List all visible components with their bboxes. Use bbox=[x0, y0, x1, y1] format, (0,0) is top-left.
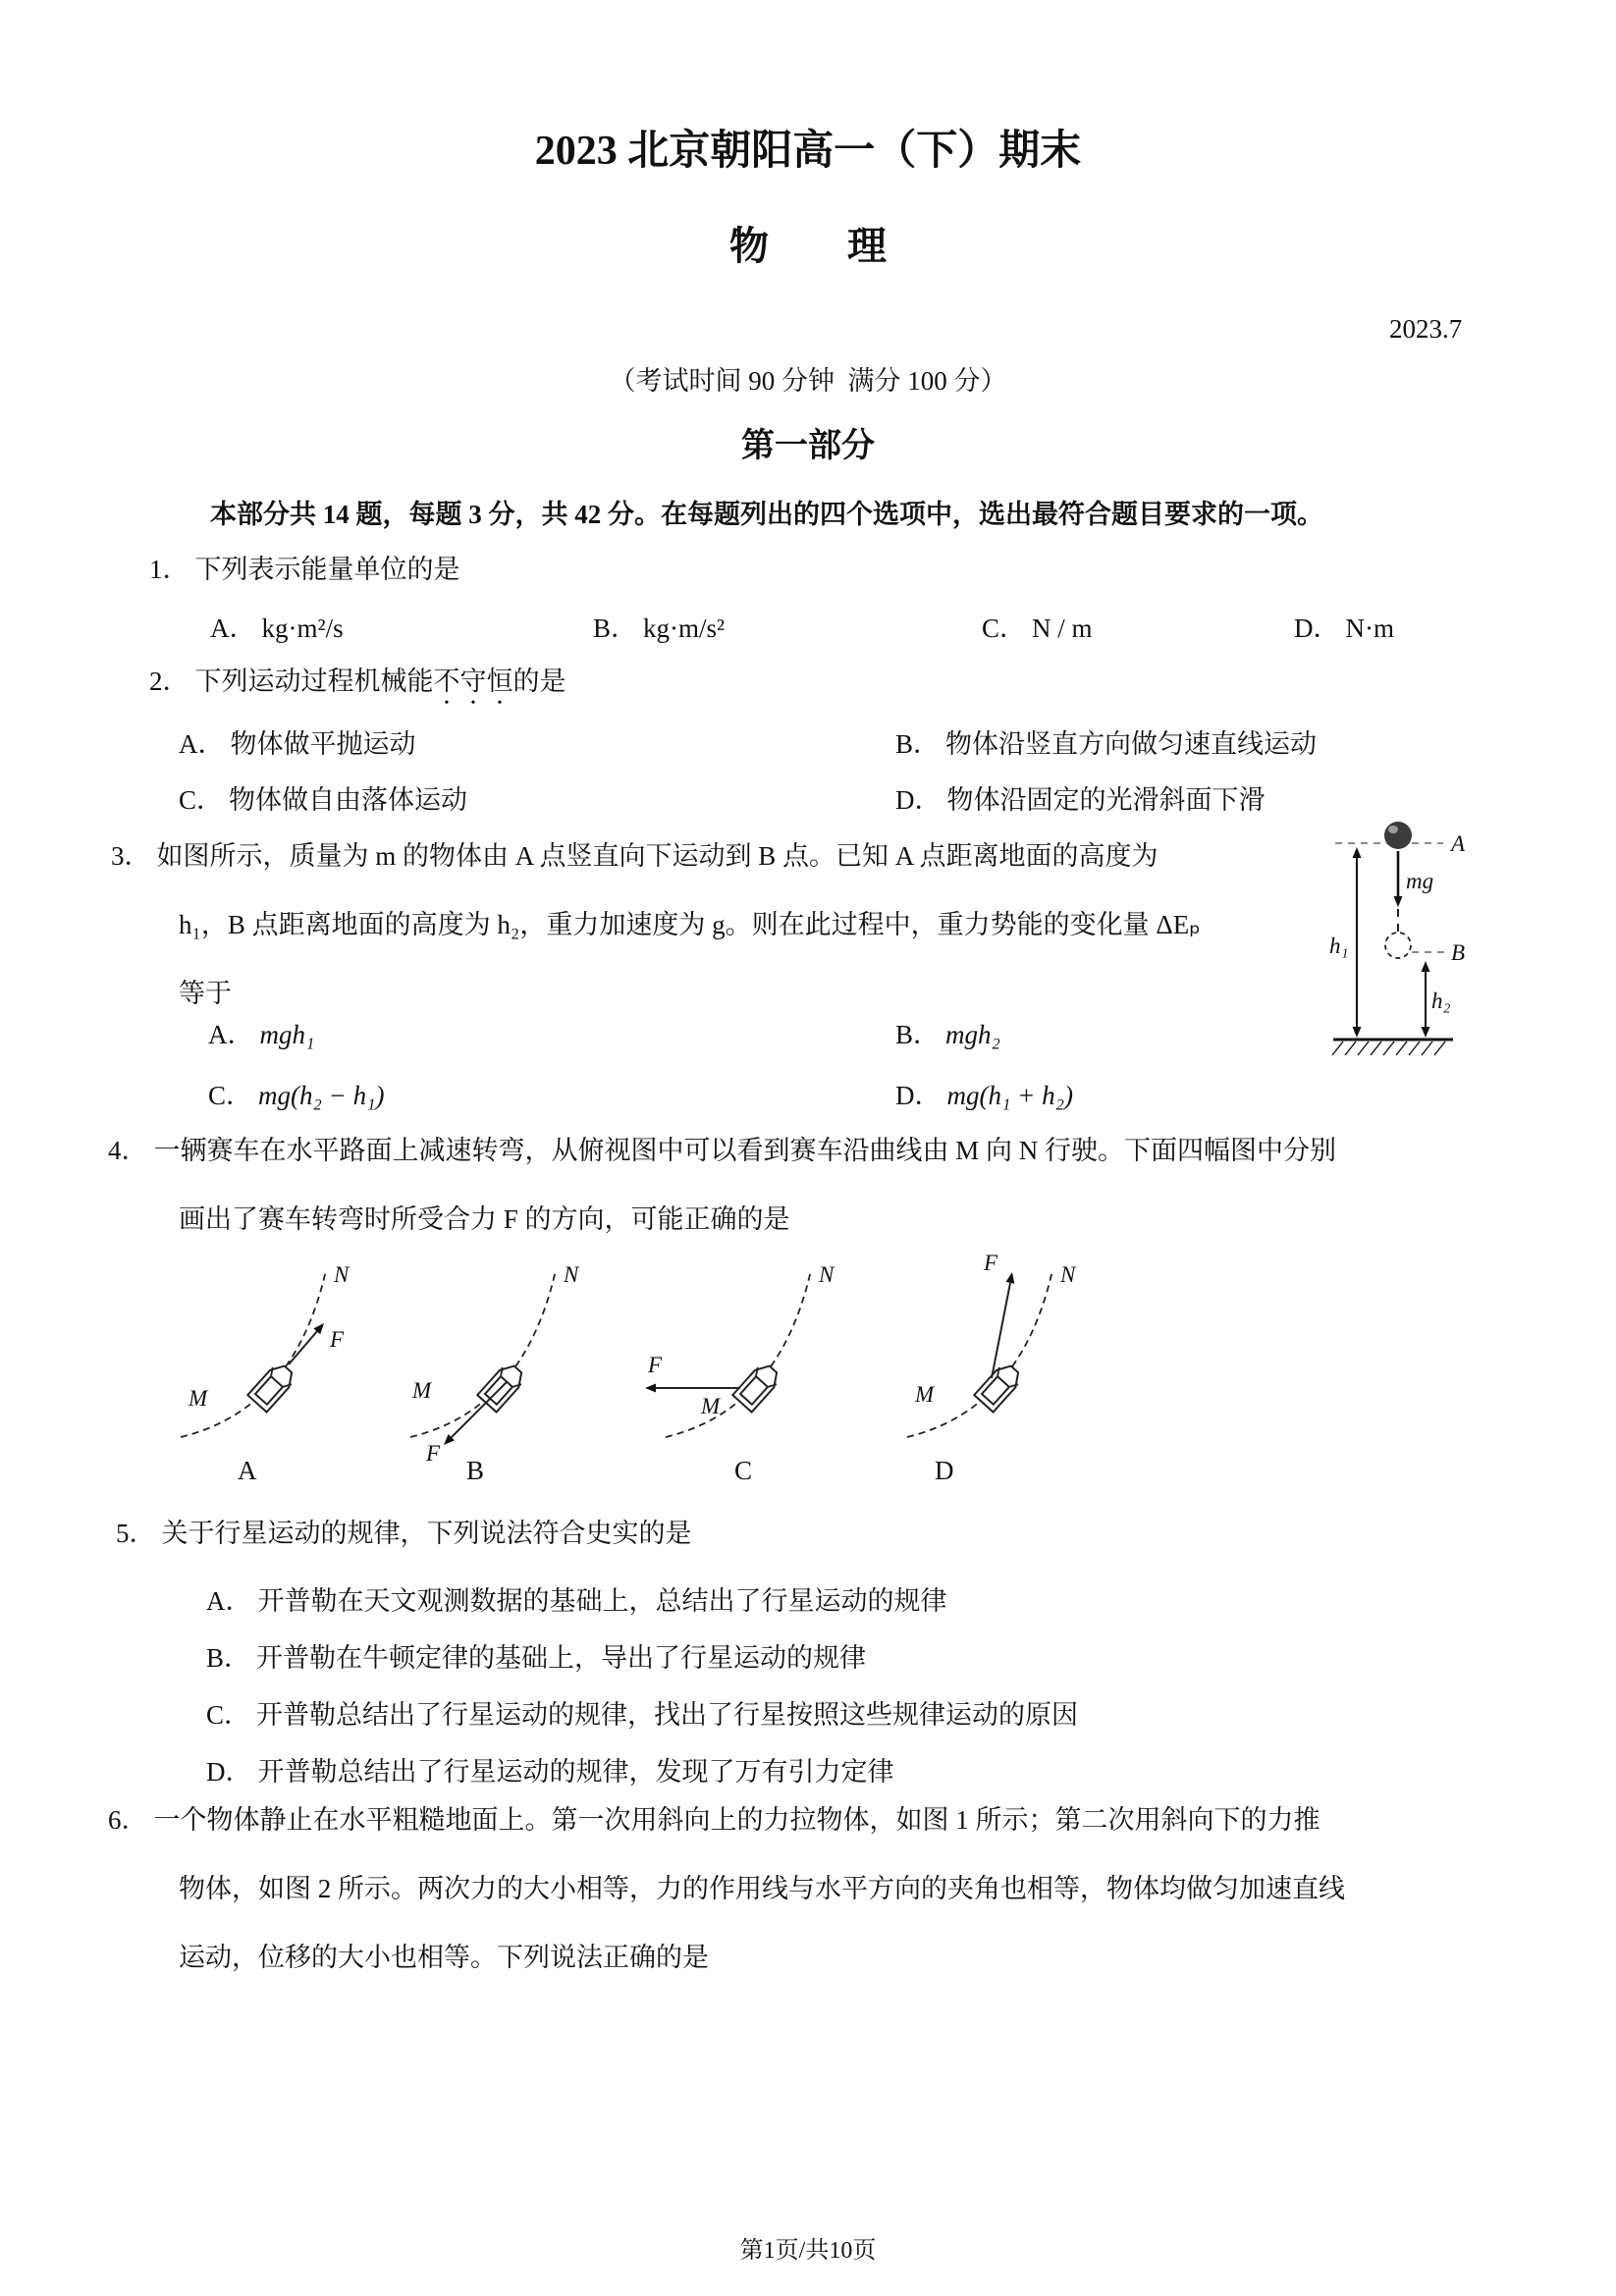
force-arrowhead bbox=[1006, 1272, 1015, 1284]
option-text: 开普勒在天文观测数据的基础上，总结出了行星运动的规律 bbox=[258, 1586, 947, 1616]
h1-arrowhead-bottom bbox=[1353, 1027, 1362, 1038]
race-car bbox=[247, 1361, 297, 1412]
option-text: N / m bbox=[1032, 614, 1093, 643]
question-2-text: 下列运动过程机械能 bbox=[195, 667, 434, 696]
question-1-text: 下列表示能量单位的是 bbox=[195, 555, 460, 584]
option-text: kg·m/s² bbox=[643, 614, 725, 643]
option-q1-c: C．N / m bbox=[982, 613, 1093, 646]
option-label: B． bbox=[593, 614, 637, 643]
ball bbox=[1384, 822, 1412, 849]
option-label: B． bbox=[895, 1020, 940, 1049]
force-arrowhead bbox=[645, 1384, 656, 1393]
panel-caption-d: D bbox=[935, 1455, 954, 1488]
point-m-label: M bbox=[188, 1386, 209, 1411]
option-q2-d: D．物体沿固定的光滑斜面下滑 bbox=[895, 784, 1266, 818]
option-label: C． bbox=[982, 614, 1026, 643]
option-label: A． bbox=[208, 1020, 254, 1049]
q4-figure-c: N M F bbox=[640, 1243, 861, 1464]
exam-subject: 物 理 bbox=[0, 222, 1616, 271]
option-q2-c: C．物体做自由落体运动 bbox=[179, 784, 467, 818]
h2-label: h₂ bbox=[1431, 988, 1451, 1013]
option-label: C． bbox=[206, 1700, 250, 1730]
option-label: A． bbox=[210, 614, 256, 643]
force-arrow bbox=[992, 1283, 1010, 1378]
point-n-label: N bbox=[1059, 1262, 1077, 1287]
race-car bbox=[732, 1361, 782, 1412]
option-q5-a: A．开普勒在天文观测数据的基础上，总结出了行星运动的规律 bbox=[206, 1585, 947, 1619]
h2-arrowhead-bottom bbox=[1422, 1027, 1430, 1038]
option-text: 物体做自由落体运动 bbox=[229, 785, 467, 815]
panel-caption-b: B bbox=[466, 1455, 484, 1488]
track-curve bbox=[907, 1270, 1052, 1437]
question-4-number: 4． bbox=[108, 1136, 148, 1165]
ground-hatching bbox=[1332, 1041, 1445, 1055]
force-label: F bbox=[425, 1441, 441, 1464]
question-3-stem-line3: 等于 bbox=[179, 978, 232, 1011]
point-n-label: N bbox=[333, 1262, 350, 1287]
q3-figure: A mg B h₁ h₂ bbox=[1327, 808, 1475, 1073]
option-q3-d: D．mg(h₁ + h₂) bbox=[895, 1080, 1073, 1113]
point-a-label: A bbox=[1449, 831, 1466, 856]
force-label: F bbox=[647, 1353, 663, 1377]
mg-arrowhead bbox=[1394, 896, 1403, 907]
option-label: D． bbox=[895, 1081, 942, 1110]
question-2-stem: 2．下列运动过程机械能不守恒的是 bbox=[149, 666, 566, 711]
option-label: A． bbox=[179, 729, 225, 759]
question-6-stem-line2: 物体，如图 2 所示。两次力的大小相等，力的作用线与水平方向的夹角也相等，物体均… bbox=[179, 1873, 1345, 1906]
page-footer: 第1页/共10页 bbox=[0, 2236, 1616, 2266]
question-4-text: 一辆赛车在水平路面上减速转弯，从俯视图中可以看到赛车沿曲线由 M 向 N 行驶。… bbox=[154, 1136, 1337, 1165]
h2-arrowhead-top bbox=[1422, 961, 1430, 972]
option-q3-a: A．mgh₁ bbox=[208, 1019, 314, 1052]
question-5-number: 5． bbox=[116, 1519, 156, 1548]
h1-label: h₁ bbox=[1329, 934, 1349, 958]
option-q1-a: A．kg·m²/s bbox=[210, 613, 344, 646]
option-q5-c: C．开普勒总结出了行星运动的规律，找出了行星按照这些规律运动的原因 bbox=[206, 1699, 1078, 1733]
option-formula: mg(h₂ − h₁) bbox=[258, 1081, 384, 1110]
h1-arrowhead-top bbox=[1353, 847, 1362, 858]
question-3-stem-line1: 3．如图所示，质量为 m 的物体由 A 点竖直向下运动到 B 点。已知 A 点距… bbox=[111, 840, 1158, 874]
question-3-number: 3． bbox=[111, 841, 151, 871]
option-text: 物体沿固定的光滑斜面下滑 bbox=[947, 785, 1266, 815]
question-1-number: 1． bbox=[149, 555, 189, 584]
point-m-label: M bbox=[411, 1378, 433, 1403]
exam-page: 2023 北京朝阳高一（下）期末 物 理 2023.7 （考试时间 90 分钟 … bbox=[0, 0, 1616, 2296]
point-n-label: N bbox=[563, 1262, 580, 1287]
section-intro: 本部分共 14 题，每题 3 分，共 42 分。在每题列出的四个选项中，选出最符… bbox=[210, 499, 1323, 532]
exam-duration-note: （考试时间 90 分钟 满分 100 分） bbox=[0, 365, 1616, 399]
question-3-text: 如图所示，质量为 m 的物体由 A 点竖直向下运动到 B 点。已知 A 点距离地… bbox=[157, 841, 1158, 871]
option-text: N·m bbox=[1346, 614, 1395, 643]
option-q1-b: B．kg·m/s² bbox=[593, 613, 725, 646]
ball-highlight bbox=[1388, 826, 1398, 833]
option-text: 物体做平抛运动 bbox=[231, 729, 416, 759]
q4-figure-a: N M F bbox=[155, 1243, 376, 1464]
question-2-number: 2． bbox=[149, 667, 189, 696]
question-6-stem-line1: 6．一个物体静止在水平粗糙地面上。第一次用斜向上的力拉物体，如图 1 所示；第二… bbox=[108, 1804, 1320, 1838]
option-label: D． bbox=[1294, 614, 1340, 643]
question-1-stem: 1．下列表示能量单位的是 bbox=[149, 554, 460, 587]
q4-figure-d: N M F bbox=[882, 1243, 1103, 1464]
question-3-stem-line2: h₁，B 点距离地面的高度为 h₂，重力加速度为 g。则在此过程中，重力势能的变… bbox=[179, 909, 1201, 942]
option-q5-d: D．开普勒总结出了行星运动的规律，发现了万有引力定律 bbox=[206, 1756, 894, 1789]
option-text: 开普勒总结出了行星运动的规律，找出了行星按照这些规律运动的原因 bbox=[256, 1700, 1078, 1730]
option-q1-d: D．N·m bbox=[1294, 613, 1394, 646]
mg-label: mg bbox=[1406, 869, 1433, 893]
option-label: A． bbox=[206, 1586, 252, 1616]
option-label: D． bbox=[895, 785, 942, 815]
option-text: 开普勒在牛顿定律的基础上，导出了行星运动的规律 bbox=[256, 1643, 866, 1673]
option-text: 开普勒总结出了行星运动的规律，发现了万有引力定律 bbox=[258, 1757, 894, 1787]
track-curve bbox=[410, 1270, 556, 1437]
question-4-stem-line2: 画出了赛车转弯时所受合力 F 的方向，可能正确的是 bbox=[179, 1203, 790, 1237]
question-2-emphasized-text: 不守恒 bbox=[434, 667, 513, 696]
option-q3-c: C．mg(h₂ − h₁) bbox=[208, 1080, 385, 1113]
panel-caption-c: C bbox=[734, 1455, 752, 1488]
question-2-text-tail: 的是 bbox=[513, 667, 566, 696]
option-label: C． bbox=[208, 1081, 252, 1110]
option-q5-b: B．开普勒在牛顿定律的基础上，导出了行星运动的规律 bbox=[206, 1642, 866, 1676]
option-formula: mg(h₁ + h₂) bbox=[947, 1081, 1073, 1110]
option-label: C． bbox=[179, 785, 223, 815]
exam-date: 2023.7 bbox=[1389, 313, 1462, 347]
option-q2-a: A．物体做平抛运动 bbox=[179, 728, 416, 762]
option-text: kg·m²/s bbox=[262, 614, 344, 643]
question-6-stem-line3: 运动，位移的大小也相等。下列说法正确的是 bbox=[179, 1942, 709, 1975]
question-6-number: 6． bbox=[108, 1805, 148, 1835]
force-label: F bbox=[329, 1327, 345, 1352]
option-q3-b: B．mgh₂ bbox=[895, 1019, 1000, 1052]
q4-figure-b: N M F bbox=[385, 1243, 606, 1464]
question-6-text: 一个物体静止在水平粗糙地面上。第一次用斜向上的力拉物体，如图 1 所示；第二次用… bbox=[154, 1805, 1320, 1835]
question-5-text: 关于行星运动的规律，下列说法符合史实的是 bbox=[162, 1519, 692, 1548]
ball-at-b-dashed bbox=[1385, 933, 1411, 958]
point-b-label: B bbox=[1451, 940, 1465, 965]
exam-title: 2023 北京朝阳高一（下）期末 bbox=[0, 126, 1616, 178]
track-curve bbox=[181, 1270, 326, 1437]
force-label: F bbox=[983, 1251, 998, 1275]
option-label: B． bbox=[206, 1643, 250, 1673]
question-4-stem-line1: 4．一辆赛车在水平路面上减速转弯，从俯视图中可以看到赛车沿曲线由 M 向 N 行… bbox=[108, 1135, 1336, 1168]
track-curve bbox=[666, 1270, 811, 1437]
panel-caption-a: A bbox=[238, 1455, 257, 1488]
option-label: D． bbox=[206, 1757, 252, 1787]
option-text: 物体沿竖直方向做匀速直线运动 bbox=[945, 729, 1317, 759]
option-label: B． bbox=[895, 729, 940, 759]
section-heading: 第一部分 bbox=[0, 426, 1616, 468]
option-formula: mgh₂ bbox=[945, 1020, 1000, 1049]
point-m-label: M bbox=[700, 1394, 722, 1418]
race-car bbox=[974, 1361, 1024, 1412]
point-m-label: M bbox=[914, 1382, 936, 1407]
option-q2-b: B．物体沿竖直方向做匀速直线运动 bbox=[895, 728, 1317, 762]
option-formula: mgh₁ bbox=[260, 1020, 315, 1049]
point-n-label: N bbox=[818, 1262, 835, 1287]
question-5-stem: 5．关于行星运动的规律，下列说法符合史实的是 bbox=[116, 1518, 692, 1551]
